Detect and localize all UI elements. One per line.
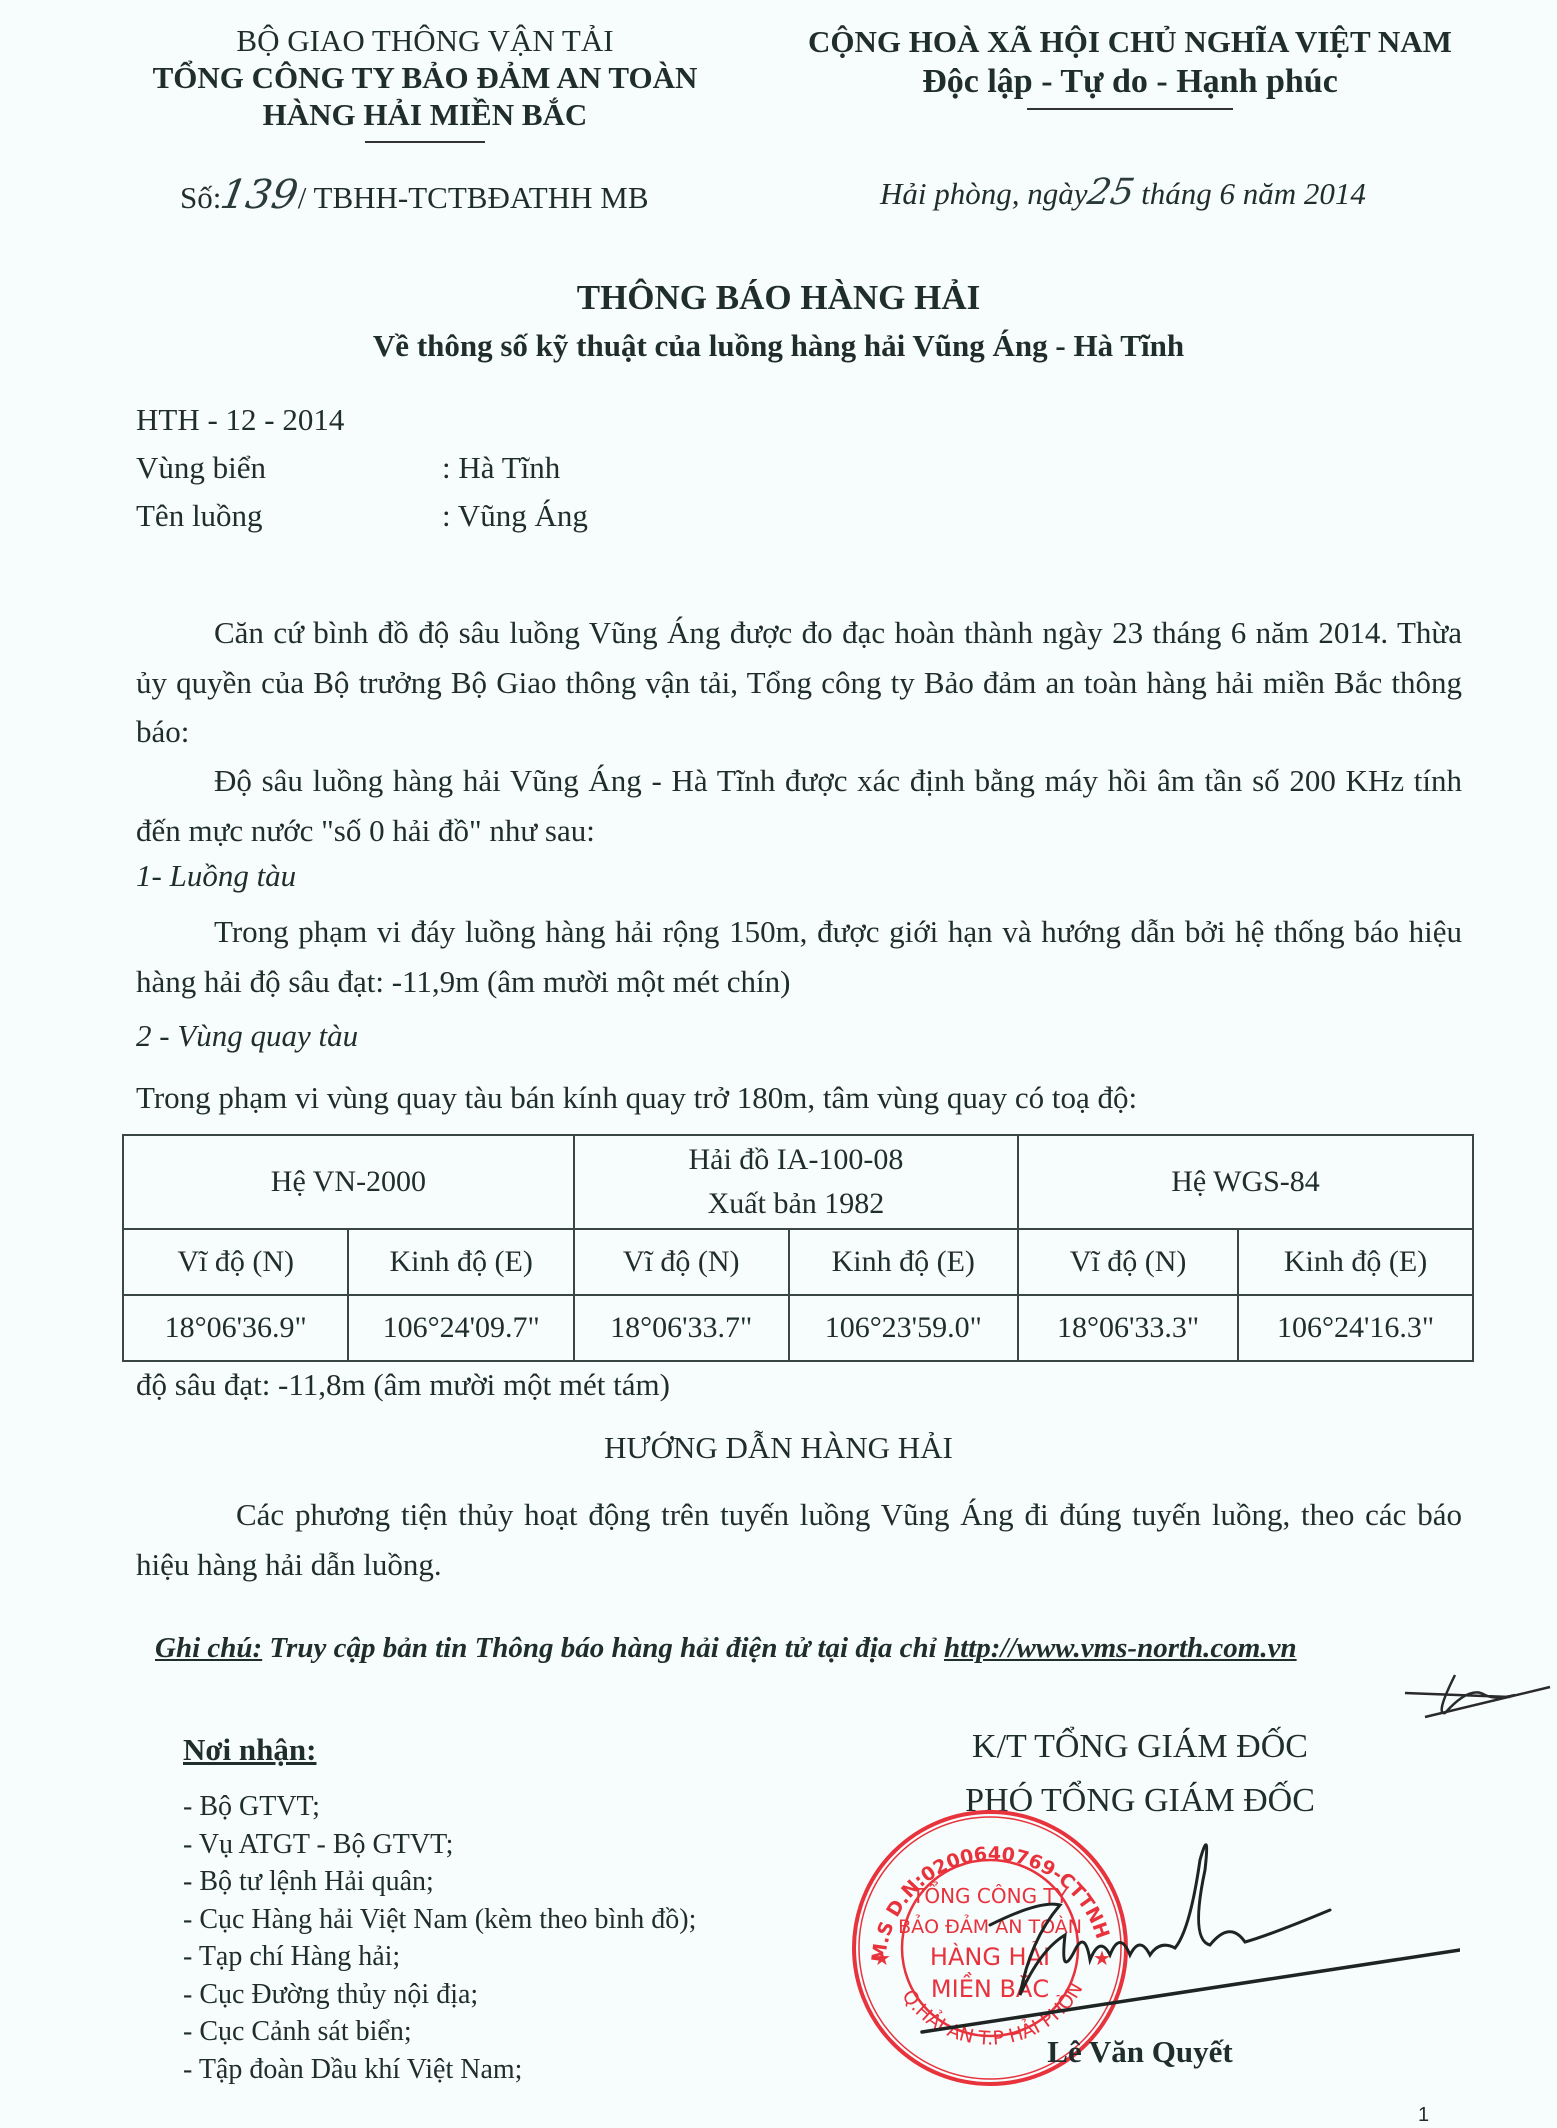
section-1-text: Trong phạm vi đáy luồng hàng hải rộng 15… xyxy=(136,907,1462,1006)
column-header: Vĩ độ (N) xyxy=(123,1229,348,1295)
document-subtitle: Về thông số kỹ thuật của luồng hàng hải … xyxy=(0,328,1557,364)
list-item: - Vụ ATGT - Bộ GTVT; xyxy=(183,1826,696,1864)
column-header: Kinh độ (E) xyxy=(348,1229,573,1295)
table-cell: 106°24'16.3" xyxy=(1238,1295,1473,1361)
website-link[interactable]: http://www.vms-north.com.vn xyxy=(944,1632,1297,1664)
doc-number-suffix: / TBHH-TCTBĐATHH MB xyxy=(298,180,649,215)
list-item: - Tạp chí Hàng hải; xyxy=(183,1938,696,1976)
date-prefix: Hải phòng, ngày xyxy=(880,176,1088,211)
table-cell: 106°24'09.7" xyxy=(348,1295,573,1361)
group-header: Hệ WGS-84 xyxy=(1018,1135,1473,1229)
notice-code: HTH - 12 - 2014 xyxy=(136,402,344,438)
guidance-text: Các phương tiện thủy hoạt động trên tuyế… xyxy=(136,1490,1462,1589)
country-name: CỘNG HOÀ XÃ HỘI CHỦ NGHĨA VIỆT NAM xyxy=(775,22,1485,62)
org-name-line2: HÀNG HẢI MIỀN BẮC xyxy=(120,96,730,133)
ministry-name: BỘ GIAO THÔNG VẬN TẢI xyxy=(120,22,730,59)
handwritten-day: 25 xyxy=(1084,172,1137,213)
note-label: Ghi chú: xyxy=(155,1632,262,1664)
table-cell: 18°06'36.9" xyxy=(123,1295,348,1361)
section-2-text: Trong phạm vi vùng quay tàu bán kính qua… xyxy=(136,1073,1462,1123)
turning-area-depth: độ sâu đạt: -11,8m (âm mười một mét tám) xyxy=(136,1360,1462,1410)
signatory-title-1: K/T TỔNG GIÁM ĐỐC xyxy=(880,1728,1400,1766)
note: Ghi chú: Truy cập bản tin Thông báo hàng… xyxy=(155,1632,1297,1665)
column-header: Kinh độ (E) xyxy=(1238,1229,1473,1295)
table-row: 18°06'36.9" 106°24'09.7" 18°06'33.7" 106… xyxy=(123,1295,1473,1361)
doc-number-prefix: Số: xyxy=(180,180,221,215)
issue-date: Hải phòng, ngày25 tháng 6 năm 2014 xyxy=(880,172,1366,213)
guidance-heading: HƯỚNG DẪN HÀNG HẢI xyxy=(0,1430,1557,1466)
document-title: THÔNG BÁO HÀNG HẢI xyxy=(0,278,1557,318)
section-1-heading: 1- Luồng tàu xyxy=(136,858,296,894)
meta-sea-area: Vùng biển : Hà Tĩnh xyxy=(136,450,266,486)
svg-text:★: ★ xyxy=(873,1946,891,1970)
signature-icon xyxy=(900,1830,1460,2060)
section-2-heading: 2 - Vùng quay tàu xyxy=(136,1018,358,1054)
table-subheader-row: Vĩ độ (N) Kinh độ (E) Vĩ độ (N) Kinh độ … xyxy=(123,1229,1473,1295)
motto: Độc lập - Tự do - Hạnh phúc xyxy=(775,62,1485,102)
depth-paragraph: Độ sâu luồng hàng hải Vũng Áng - Hà Tĩnh… xyxy=(136,756,1462,855)
list-item: - Cục Đường thủy nội địa; xyxy=(183,1976,696,2014)
list-item: - Tập đoàn Dầu khí Việt Nam; xyxy=(183,2051,696,2089)
group-header-text: Hệ VN-2000 xyxy=(271,1165,426,1198)
intro-paragraph: Căn cứ bình đồ độ sâu luồng Vũng Áng đượ… xyxy=(136,608,1462,757)
group-header: Hải đồ IA-100-08Xuất bản 1982 xyxy=(574,1135,1018,1229)
document-number: Số:139/ TBHH-TCTBĐATHH MB xyxy=(180,172,649,218)
group-header-text: Hải đồ IA-100-08 xyxy=(688,1143,903,1176)
table-cell: 18°06'33.3" xyxy=(1018,1295,1238,1361)
group-header-text: Hệ WGS-84 xyxy=(1171,1165,1320,1198)
org-name-line1: TỔNG CÔNG TY BẢO ĐẢM AN TOÀN xyxy=(120,59,730,96)
divider xyxy=(1027,108,1233,110)
signer-name: Lê Văn Quyết xyxy=(880,2034,1400,2070)
column-header: Kinh độ (E) xyxy=(789,1229,1019,1295)
issuing-org-block: BỘ GIAO THÔNG VẬN TẢI TỔNG CÔNG TY BẢO Đ… xyxy=(120,22,730,143)
national-header: CỘNG HOÀ XÃ HỘI CHỦ NGHĨA VIỆT NAM Độc l… xyxy=(775,22,1485,110)
list-item: - Bộ tư lệnh Hải quân; xyxy=(183,1863,696,1901)
divider xyxy=(365,141,485,143)
meta-value: : Vũng Áng xyxy=(442,498,588,534)
meta-value: : Hà Tĩnh xyxy=(442,450,560,486)
list-item: - Cục Hàng hải Việt Nam (kèm theo bình đ… xyxy=(183,1901,696,1939)
coordinates-table: Hệ VN-2000 Hải đồ IA-100-08Xuất bản 1982… xyxy=(122,1134,1474,1362)
list-item: - Bộ GTVT; xyxy=(183,1788,696,1826)
table-cell: 106°23'59.0" xyxy=(789,1295,1019,1361)
meta-label: Tên luồng xyxy=(136,498,263,533)
table-header-row: Hệ VN-2000 Hải đồ IA-100-08Xuất bản 1982… xyxy=(123,1135,1473,1229)
page-number: 1 xyxy=(1418,2104,1429,2127)
group-header: Hệ VN-2000 xyxy=(123,1135,574,1229)
meta-channel-name: Tên luồng : Vũng Áng xyxy=(136,498,263,534)
column-header: Vĩ độ (N) xyxy=(574,1229,789,1295)
initial-signature xyxy=(1385,1665,1557,1725)
handwritten-number: 139 xyxy=(217,172,301,218)
recipients-heading: Nơi nhận: xyxy=(183,1732,316,1768)
list-item: - Cục Cảnh sát biển; xyxy=(183,2013,696,2051)
group-header-subtext: Xuất bản 1982 xyxy=(708,1187,885,1220)
note-text: Truy cập bản tin Thông báo hàng hải điện… xyxy=(262,1632,944,1664)
recipients-list: - Bộ GTVT; - Vụ ATGT - Bộ GTVT; - Bộ tư … xyxy=(183,1788,696,2088)
table-cell: 18°06'33.7" xyxy=(574,1295,789,1361)
column-header: Vĩ độ (N) xyxy=(1018,1229,1238,1295)
meta-label: Vùng biển xyxy=(136,450,266,485)
date-suffix: tháng 6 năm 2014 xyxy=(1141,176,1366,211)
